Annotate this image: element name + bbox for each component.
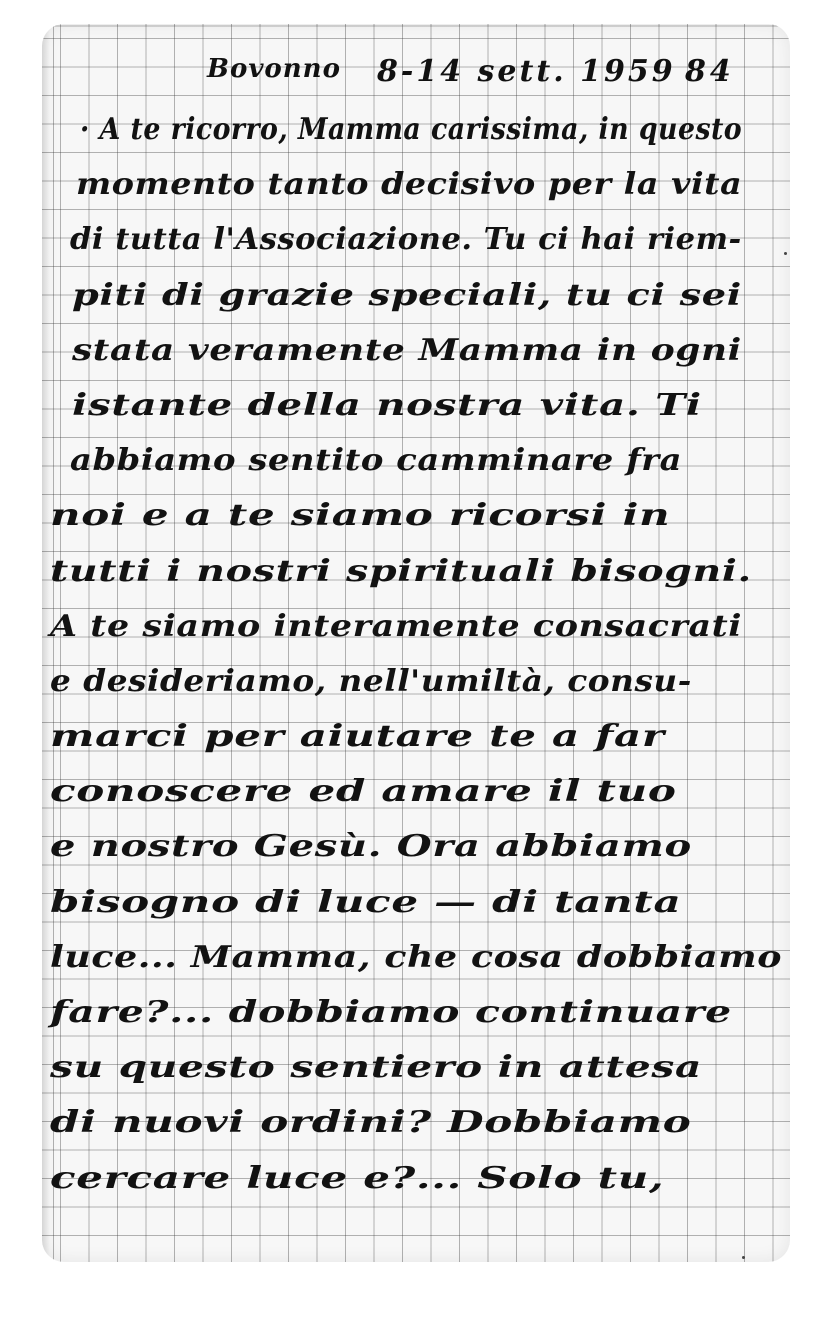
header-place: Bovonno [207, 54, 341, 84]
letter-line: stata veramente Mamma in ogni [42, 323, 790, 378]
letter-body: · A te ricorro, Mamma carissima, in ques… [42, 102, 790, 1206]
handwritten-text: fare?... dobbiamo continuare [50, 985, 732, 1040]
letter-line: luce... Mamma, che cosa dobbiamo [42, 930, 790, 985]
letter-line: di tutta l'Associazione. Tu ci hai riem- [42, 212, 790, 267]
handwritten-text: cercare luce e?... Solo tu, [50, 1151, 664, 1206]
letter-header: Bovonno 8-14 sett. 1959 84 [207, 46, 750, 96]
handwritten-text: piti di grazie speciali, tu ci sei [72, 268, 742, 323]
letter-line: cercare luce e?... Solo tu, [42, 1151, 790, 1206]
letter-line: e desideriamo, nell'umiltà, consu- [42, 654, 790, 709]
handwritten-text: tutti i nostri spirituali bisogni. [50, 544, 752, 599]
handwritten-text: luce... Mamma, che cosa dobbiamo [50, 930, 782, 985]
letter-line: marci per aiutare te a far [42, 709, 790, 764]
letter-line: abbiamo sentito camminare fra [42, 433, 790, 488]
letter-line: · A te ricorro, Mamma carissima, in ques… [42, 102, 790, 157]
letter-line: piti di grazie speciali, tu ci sei [42, 268, 790, 323]
letter-line: momento tanto decisivo per la vita [42, 157, 790, 212]
letter-line: A te siamo interamente consacrati [42, 599, 790, 654]
notebook-page: Bovonno 8-14 sett. 1959 84 · A te ricorr… [42, 24, 790, 1262]
header-page-number: 84 [685, 54, 735, 89]
letter-line: conoscere ed amare il tuo [42, 764, 790, 819]
handwritten-text: bisogno di luce — di tanta [50, 875, 681, 930]
handwritten-text: conoscere ed amare il tuo [50, 764, 677, 819]
handwritten-text: A te siamo interamente consacrati [50, 599, 742, 654]
handwritten-text: e nostro Gesù. Ora abbiamo [50, 819, 692, 874]
handwritten-text: e desideriamo, nell'umiltà, consu- [50, 654, 692, 709]
header-date: 8-14 sett. 1959 [377, 54, 676, 89]
handwritten-text: · A te ricorro, Mamma carissima, in ques… [80, 102, 742, 157]
handwritten-text: noi e a te siamo ricorsi in [50, 488, 670, 543]
ink-speck [742, 1256, 745, 1259]
handwritten-text: su questo sentiero in attesa [50, 1040, 702, 1095]
letter-line: di nuovi ordini? Dobbiamo [42, 1095, 790, 1150]
handwritten-text: istante della nostra vita. Ti [72, 378, 702, 433]
letter-line: e nostro Gesù. Ora abbiamo [42, 819, 790, 874]
letter-line: istante della nostra vita. Ti [42, 378, 790, 433]
handwritten-text: abbiamo sentito camminare fra [70, 433, 682, 488]
handwritten-text: stata veramente Mamma in ogni [72, 323, 742, 378]
handwritten-text: di nuovi ordini? Dobbiamo [50, 1095, 692, 1150]
letter-line: noi e a te siamo ricorsi in [42, 488, 790, 543]
ink-speck [784, 252, 787, 255]
handwritten-text: di tutta l'Associazione. Tu ci hai riem- [70, 212, 742, 267]
handwritten-text: marci per aiutare te a far [50, 709, 665, 764]
letter-line: fare?... dobbiamo continuare [42, 985, 790, 1040]
letter-line: su questo sentiero in attesa [42, 1040, 790, 1095]
letter-line: tutti i nostri spirituali bisogni. [42, 544, 790, 599]
letter-line: bisogno di luce — di tanta [42, 875, 790, 930]
handwritten-text: momento tanto decisivo per la vita [76, 157, 742, 212]
